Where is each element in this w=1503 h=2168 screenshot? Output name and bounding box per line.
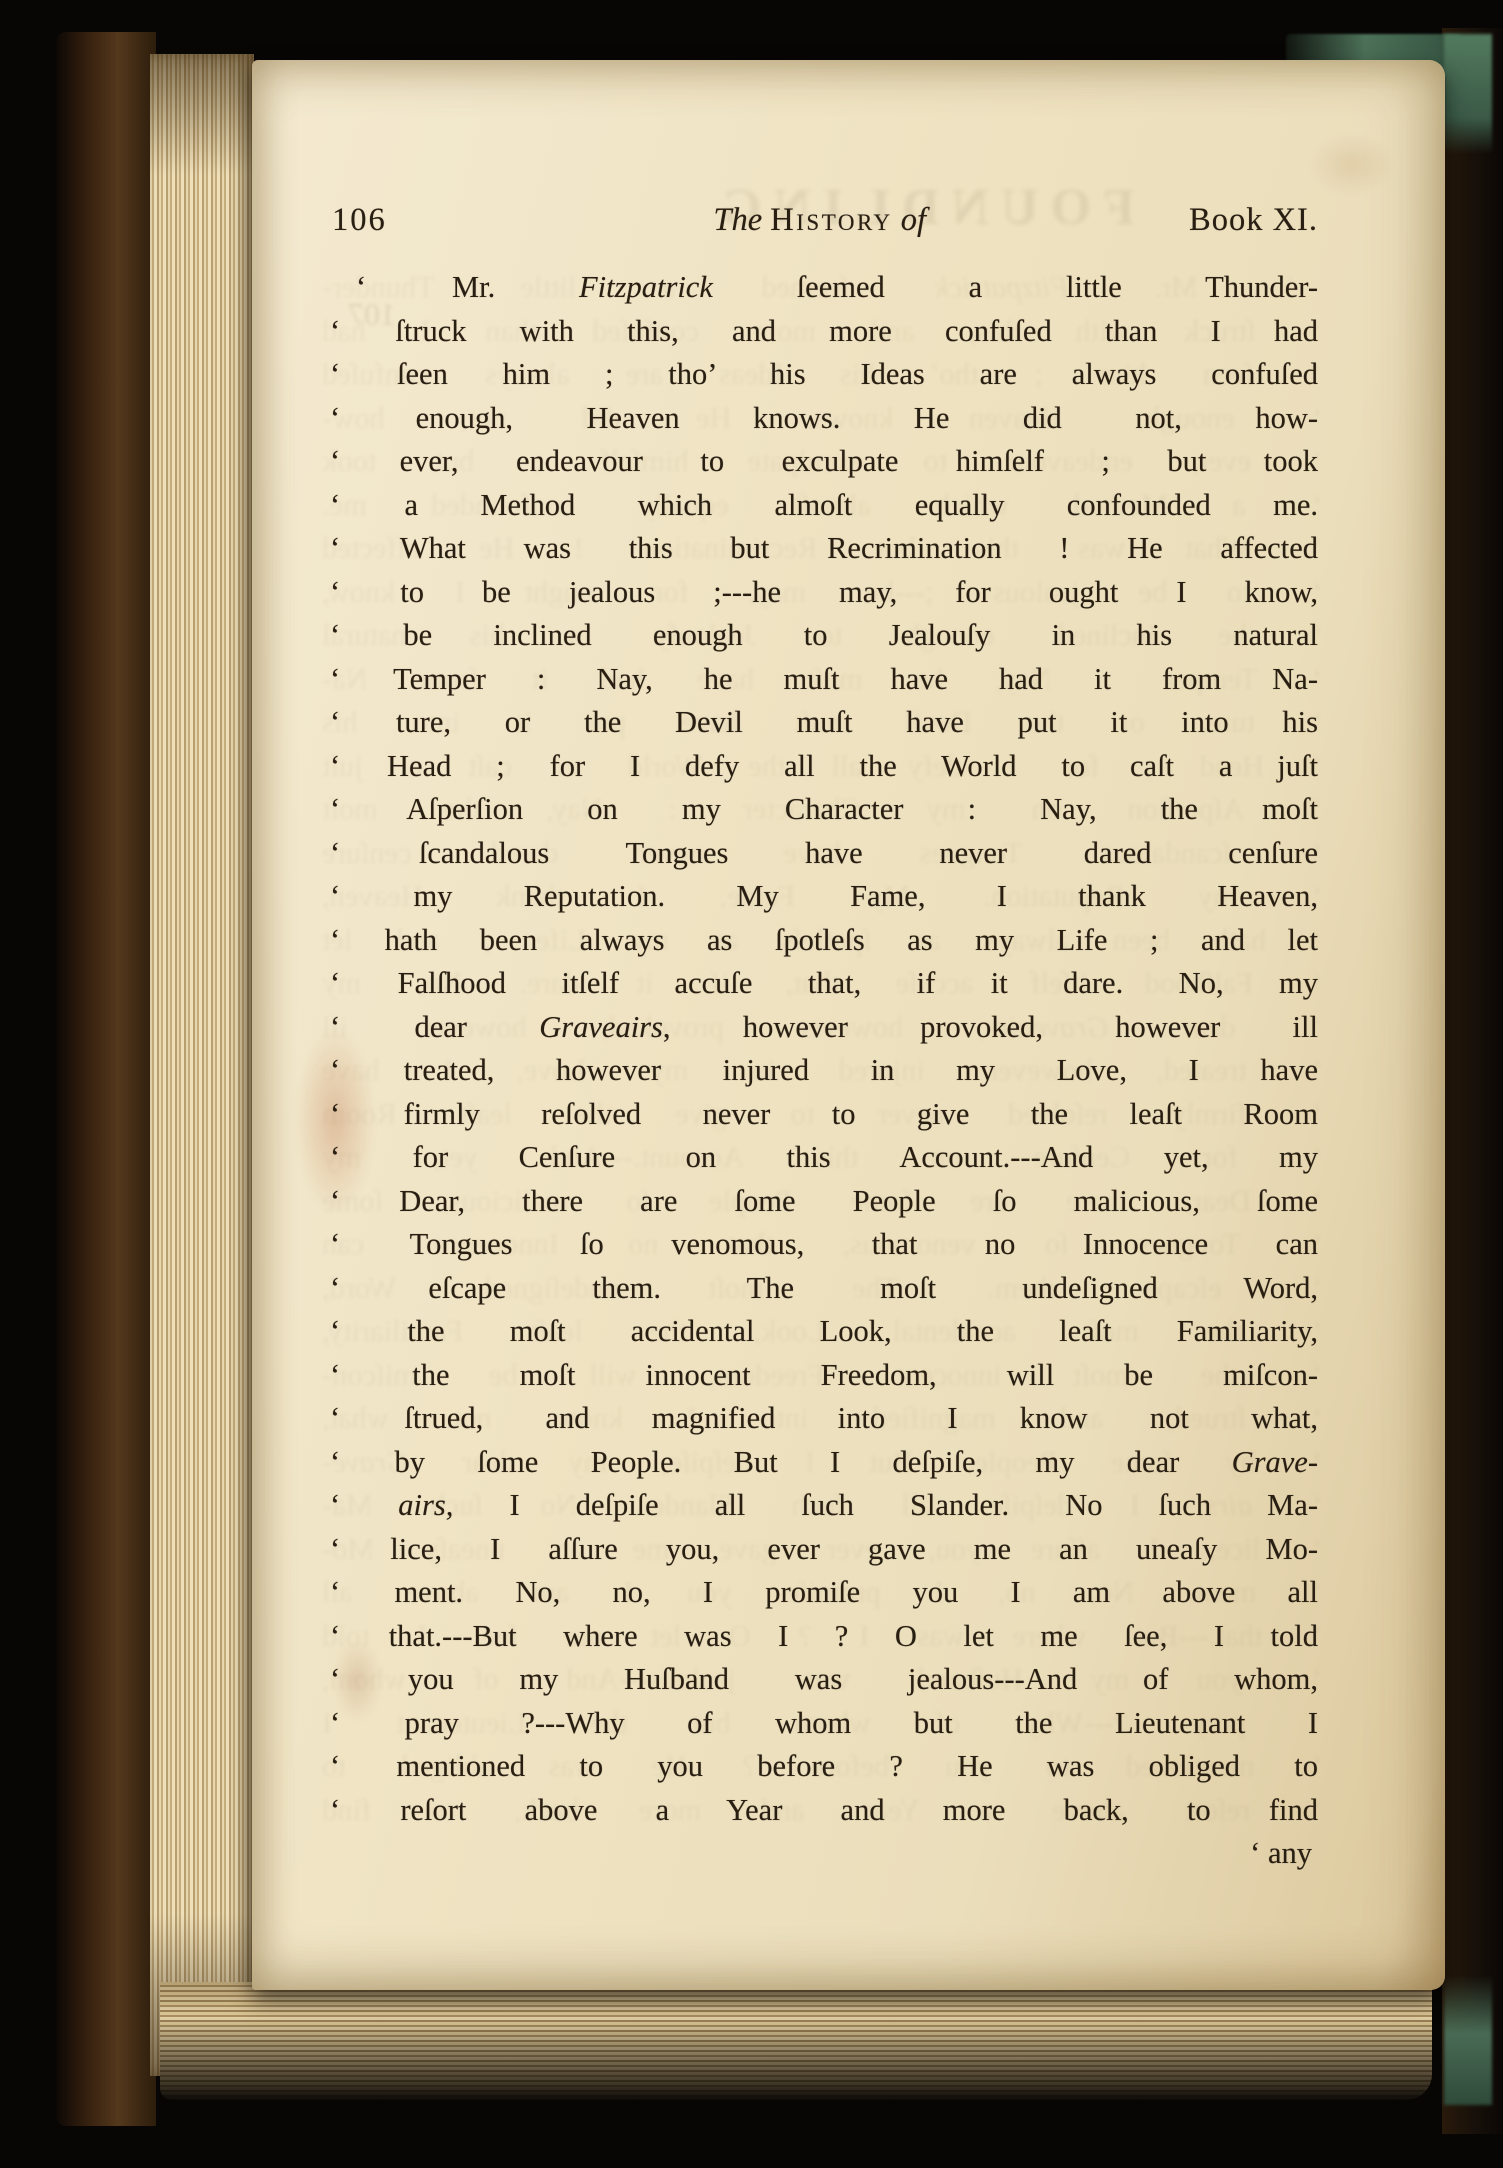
body-line: ‘ a Method which almoſt equally confound… [330, 484, 1318, 528]
quote-mark: ‘ [330, 1053, 404, 1087]
quote-mark: ‘ [330, 662, 393, 696]
cloth-binding-corner-top [1444, 34, 1492, 154]
quote-mark: ‘ [330, 1488, 398, 1522]
text-segment: my Reputation. My Fame, I thank Heaven, [413, 879, 1318, 913]
book-label: Book XI. [1189, 202, 1318, 239]
quote-mark: ‘ [330, 749, 387, 783]
text-segment: you my Huſband was jealous---And of whom… [408, 1662, 1318, 1696]
body-line: ‘ Aſperſion on my Character : Nay, the m… [330, 788, 1318, 832]
text-segment: Aſperſion on my Character : Nay, the moſ… [406, 792, 1318, 826]
text-segment: Grave- [1232, 1445, 1318, 1479]
body-line: ‘ hath been always as ſpotleſs as my Lif… [330, 919, 1318, 963]
text-segment: ture, or the Devil muſt have put it into… [396, 705, 1318, 739]
text-segment: mentioned to you before ? He was obliged… [396, 1749, 1318, 1783]
text-segment: ment. No, no, I promiſe you I am above a… [394, 1575, 1318, 1609]
text-segment: The [713, 202, 770, 238]
body-line: ‘ my Reputation. My Fame, I thank Heaven… [330, 875, 1318, 919]
text-segment: pray ?---Why of whom but the Lieutenant … [405, 1706, 1318, 1740]
text-segment: Fitzpatrick [579, 270, 713, 304]
body-line: ‘ Mr. Fitzpatrick ſeemed a little Thunde… [330, 266, 1318, 310]
body-line: ‘ by ſome People. But I deſpiſe, my dear… [330, 1441, 1318, 1485]
leather-board-left [56, 32, 156, 2126]
body-line: ‘ ment. No, no, I promiſe you I am above… [330, 1571, 1318, 1615]
quote-mark: ‘ [330, 836, 419, 870]
quote-mark: ‘ [330, 792, 406, 826]
text-segment: ſcandalous Tongues have never dared cenſ… [419, 836, 1318, 870]
page-header: 106 The History of Book XI. [330, 202, 1318, 250]
scanned-page: FOUNDLING 107 ‘ Mr. Fitzpatrick ſeemed a… [252, 60, 1445, 1990]
body-line: ‘ ture, or the Devil muſt have put it in… [330, 701, 1318, 745]
body-line: ‘ eſcape them. The moſt undeſigned Word, [330, 1267, 1318, 1311]
quote-mark: ‘ [330, 1010, 414, 1044]
quote-mark: ‘ [330, 1575, 394, 1609]
text-segment: Temper : Nay, he muſt have had it from N… [393, 662, 1318, 696]
quote-mark: ‘ [330, 1793, 400, 1827]
body-line: ‘ Temper : Nay, he muſt have had it from… [330, 658, 1318, 702]
quote-mark: ‘ [330, 444, 400, 478]
text-segment: firmly reſolved never to give the leaſt … [404, 1097, 1318, 1131]
text-segment: dear [414, 1010, 539, 1044]
text-segment: Head ; for I defy all the World to caſt … [387, 749, 1318, 783]
quote-mark: ‘ [330, 357, 397, 391]
body-line: ‘ to be jealous ;---he may, for ought I … [330, 571, 1318, 615]
body-line: ‘ the moſt innocent Freedom, will be miſ… [330, 1354, 1318, 1398]
body-line: ‘ mentioned to you before ? He was oblig… [330, 1745, 1318, 1789]
text-segment: Falſhood itſelf accuſe that, if it dare.… [398, 966, 1318, 1000]
quote-mark: ‘ [330, 314, 395, 348]
quote-mark: ‘ [330, 1314, 407, 1348]
body-line: ‘ treated, however injured in my Love, I… [330, 1049, 1318, 1093]
body-line: ‘ that.---But where was I ? O let me ſee… [330, 1615, 1318, 1659]
text-segment: a Method which almoſt equally confounded… [405, 488, 1319, 522]
body-line: ‘ for Cenſure on this Account.---And yet… [330, 1136, 1318, 1180]
body-line: ‘ enough, Heaven knows. He did not, how- [330, 397, 1318, 441]
quote-mark: ‘ [330, 401, 416, 435]
quote-mark: ‘ [330, 879, 413, 913]
body-line: ‘ Falſhood itſelf accuſe that, if it dar… [330, 962, 1318, 1006]
book-photo: { "colors":{ "photo_background":"#080604… [0, 0, 1503, 2168]
body-line: ‘ What was this but Recrimination ! He a… [330, 527, 1318, 571]
quote-mark: ‘ [330, 1532, 390, 1566]
text-segment: treated, however injured in my Love, I h… [404, 1053, 1318, 1087]
text-segment: of [893, 202, 926, 238]
text-segment: ſeen him ; tho’ his Ideas are always con… [397, 357, 1318, 391]
body-line: ‘ Tongues ſo venomous, that no Innocence… [330, 1223, 1318, 1267]
body-line: ‘ Head ; for I defy all the World to caſ… [330, 745, 1318, 789]
text-segment: Mr. [452, 270, 579, 304]
body-line: ‘ dear Graveairs, however provoked, howe… [330, 1006, 1318, 1050]
text-segment: Graveairs [539, 1010, 663, 1044]
body-line: ‘ ſcandalous Tongues have never dared ce… [330, 832, 1318, 876]
quote-mark: ‘ [330, 1706, 405, 1740]
body-line: ‘ you my Huſband was jealous---And of wh… [330, 1658, 1318, 1702]
page-edges-left [150, 54, 254, 2076]
body-line: ‘ the moſt accidental Look, the leaſt Fa… [330, 1310, 1318, 1354]
text-segment: reſort above a Year and more back, to fi… [400, 1793, 1318, 1827]
text-segment: enough, Heaven knows. He did not, how- [416, 401, 1318, 435]
text-segment: the moſt innocent Freedom, will be miſco… [412, 1358, 1318, 1392]
text-segment: , however provoked, however ill [663, 1010, 1318, 1044]
text-segment: What was this but Recrimination ! He aff… [400, 531, 1318, 565]
quote-mark: ‘ [330, 1184, 399, 1218]
quote-mark: ‘ [330, 618, 403, 652]
text-content: 106 The History of Book XI. ‘ Mr. Fitzpa… [330, 202, 1318, 1876]
text-block: ‘ Mr. Fitzpatrick ſeemed a little Thunde… [330, 266, 1318, 1832]
quote-mark: ‘ [330, 1271, 428, 1305]
body-line: ‘ airs, I deſpiſe all ſuch Slander. No ſ… [330, 1484, 1318, 1528]
body-line: ‘ pray ?---Why of whom but the Lieutenan… [330, 1702, 1318, 1746]
body-line: ‘ reſort above a Year and more back, to … [330, 1789, 1318, 1833]
text-segment: airs, [398, 1488, 453, 1522]
text-segment: that.---But where was I ? O let me ſee, … [389, 1619, 1318, 1653]
body-line: ‘ ſtrued, and magnified into I know not … [330, 1397, 1318, 1441]
text-segment: History [770, 202, 892, 238]
text-segment: eſcape them. The moſt undeſigned Word, [428, 1271, 1318, 1305]
body-line: ‘ ſeen him ; tho’ his Ideas are always c… [330, 353, 1318, 397]
quote-mark: ‘ [330, 966, 398, 1000]
quote-mark: ‘ [330, 1401, 404, 1435]
running-title: The History of [713, 202, 926, 239]
body-line: ‘ lice, I aſſure you, ever gave me an un… [330, 1528, 1318, 1572]
text-segment: to be jealous ;---he may, for ought I kn… [400, 575, 1318, 609]
quote-mark: ‘ [330, 1749, 396, 1783]
cloth-binding-corner-bottom [1444, 1975, 1492, 2105]
page-edges-bottom [160, 1982, 1432, 2100]
text-segment: by ſome People. But I deſpiſe, my dear [395, 1445, 1232, 1479]
catchword: ‘ any [330, 1832, 1318, 1876]
quote-mark: ‘ [330, 575, 400, 609]
text-segment: lice, I aſſure you, ever gave me an unea… [390, 1532, 1318, 1566]
quote-mark: ‘ [330, 1227, 410, 1261]
text-segment: for Cenſure on this Account.---And yet, … [413, 1140, 1318, 1174]
text-segment: ſeemed a little Thunder- [713, 270, 1318, 304]
body-line: ‘ ſtruck with this, and more confuſed th… [330, 310, 1318, 354]
quote-mark: ‘ [330, 488, 405, 522]
quote-mark: ‘ [330, 923, 385, 957]
text-segment: Tongues ſo venomous, that no Innocence c… [410, 1227, 1318, 1261]
foxing-stain [1292, 120, 1412, 210]
quote-mark: ‘ [330, 1662, 408, 1696]
body-line: ‘ firmly reſolved never to give the leaſ… [330, 1093, 1318, 1137]
quote-mark: ‘ [330, 531, 400, 565]
quote-mark: ‘ [330, 1140, 413, 1174]
text-segment: the moſt accidental Look, the leaſt Fami… [407, 1314, 1318, 1348]
quote-mark: ‘ [330, 1358, 412, 1392]
quote-mark: ‘ [330, 1619, 389, 1653]
text-segment: Dear, there are ſome People ſo malicious… [399, 1184, 1318, 1218]
text-segment: ſtrued, and magnified into I know not wh… [404, 1401, 1318, 1435]
page-number: 106 [332, 202, 387, 239]
body-line: ‘ Dear, there are ſome People ſo malicio… [330, 1180, 1318, 1224]
text-segment: I deſpiſe all ſuch Slander. No ſuch Ma- [453, 1488, 1318, 1522]
quote-mark: ‘ [356, 270, 452, 304]
body-line: ‘ be inclined enough to Jealouſy in his … [330, 614, 1318, 658]
text-segment: ever, endeavour to exculpate himſelf ; b… [400, 444, 1318, 478]
text-segment: be inclined enough to Jealouſy in his na… [403, 618, 1318, 652]
leather-board-right [1442, 28, 1503, 2134]
quote-mark: ‘ [330, 1445, 395, 1479]
text-segment: hath been always as ſpotleſs as my Life … [385, 923, 1318, 957]
body-line: ‘ ever, endeavour to exculpate himſelf ;… [330, 440, 1318, 484]
quote-mark: ‘ [330, 1097, 404, 1131]
text-segment: ſtruck with this, and more confuſed than… [395, 314, 1318, 348]
quote-mark: ‘ [330, 705, 396, 739]
